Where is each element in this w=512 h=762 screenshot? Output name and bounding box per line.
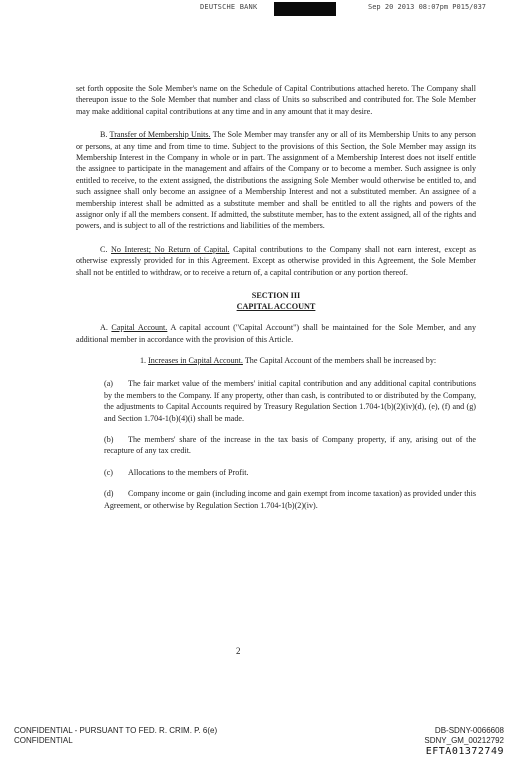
list-item-c: (c)Allocations to the members of Profit. [104,467,476,478]
list-item-text: The members' share of the increase in th… [104,435,476,455]
section-b-heading: Transfer of Membership Units. [110,130,211,139]
list-item-label: (a) [104,378,128,389]
list-item-label: (d) [104,488,128,499]
list-item-text: Company income or gain (including income… [104,489,476,509]
footer-bates: DB-SDNY-0066608 SDNY_GM_00212792 EFTA013… [424,726,504,758]
capital-account-label: A. [100,323,108,332]
footer-confidential-line2: CONFIDENTIAL [14,736,217,746]
page-number: 2 [236,646,241,656]
efta-number: EFTA01372749 [424,746,504,758]
capital-account-heading: Capital Account. [111,323,167,332]
section-b-label: B. [100,130,107,139]
bates-number-db: DB-SDNY-0066608 [424,726,504,736]
list-item-text: The fair market value of the members' in… [104,379,476,422]
footer-confidential-line1: CONFIDENTIAL - PURSUANT TO FED. R. CRIM.… [14,726,217,736]
section-b-text: The Sole Member may transfer any or all … [76,130,476,230]
section-c-heading: No Interest; No Return of Capital. [111,245,229,254]
fax-sender: DEUTSCHE BANK [200,3,257,11]
increases-text: The Capital Account of the members shall… [245,356,436,365]
section-b-paragraph: B. Transfer of Membership Units. The Sol… [76,129,476,232]
section-c-paragraph: C. No Interest; No Return of Capital. Ca… [76,244,476,278]
fax-page-code: P015/037 [452,3,486,11]
list-item-b: (b)The members' share of the increase in… [104,434,476,457]
list-item-label: (c) [104,467,128,478]
list-item-label: (b) [104,434,128,445]
list-item-d: (d)Company income or gain (including inc… [104,488,476,511]
increases-label: 1. [140,356,146,365]
paragraph-continued: set forth opposite the Sole Member's nam… [76,83,476,117]
footer-confidential: CONFIDENTIAL - PURSUANT TO FED. R. CRIM.… [14,726,217,746]
section-number: SECTION III [76,290,476,301]
increases-heading: Increases in Capital Account. [148,356,243,365]
fax-timestamp-page: Sep 20 2013 08:07pm P015/037 [368,3,486,11]
capital-account-paragraph: A. Capital Account. A capital account ("… [76,322,476,345]
fax-header: DEUTSCHE BANK Sep 20 2013 08:07pm P015/0… [0,2,512,16]
list-item-a: (a)The fair market value of the members'… [104,378,476,424]
document-page: set forth opposite the Sole Member's nam… [76,83,476,511]
fax-timestamp: Sep 20 2013 08:07pm [368,3,448,11]
list-item-text: Allocations to the members of Profit. [128,468,249,477]
bates-number-sdny: SDNY_GM_00212792 [424,736,504,746]
section-c-label: C. [100,245,107,254]
redaction-box [274,2,336,16]
increases-paragraph: 1. Increases in Capital Account. The Cap… [100,355,476,366]
section-title: CAPITAL ACCOUNT [76,301,476,312]
